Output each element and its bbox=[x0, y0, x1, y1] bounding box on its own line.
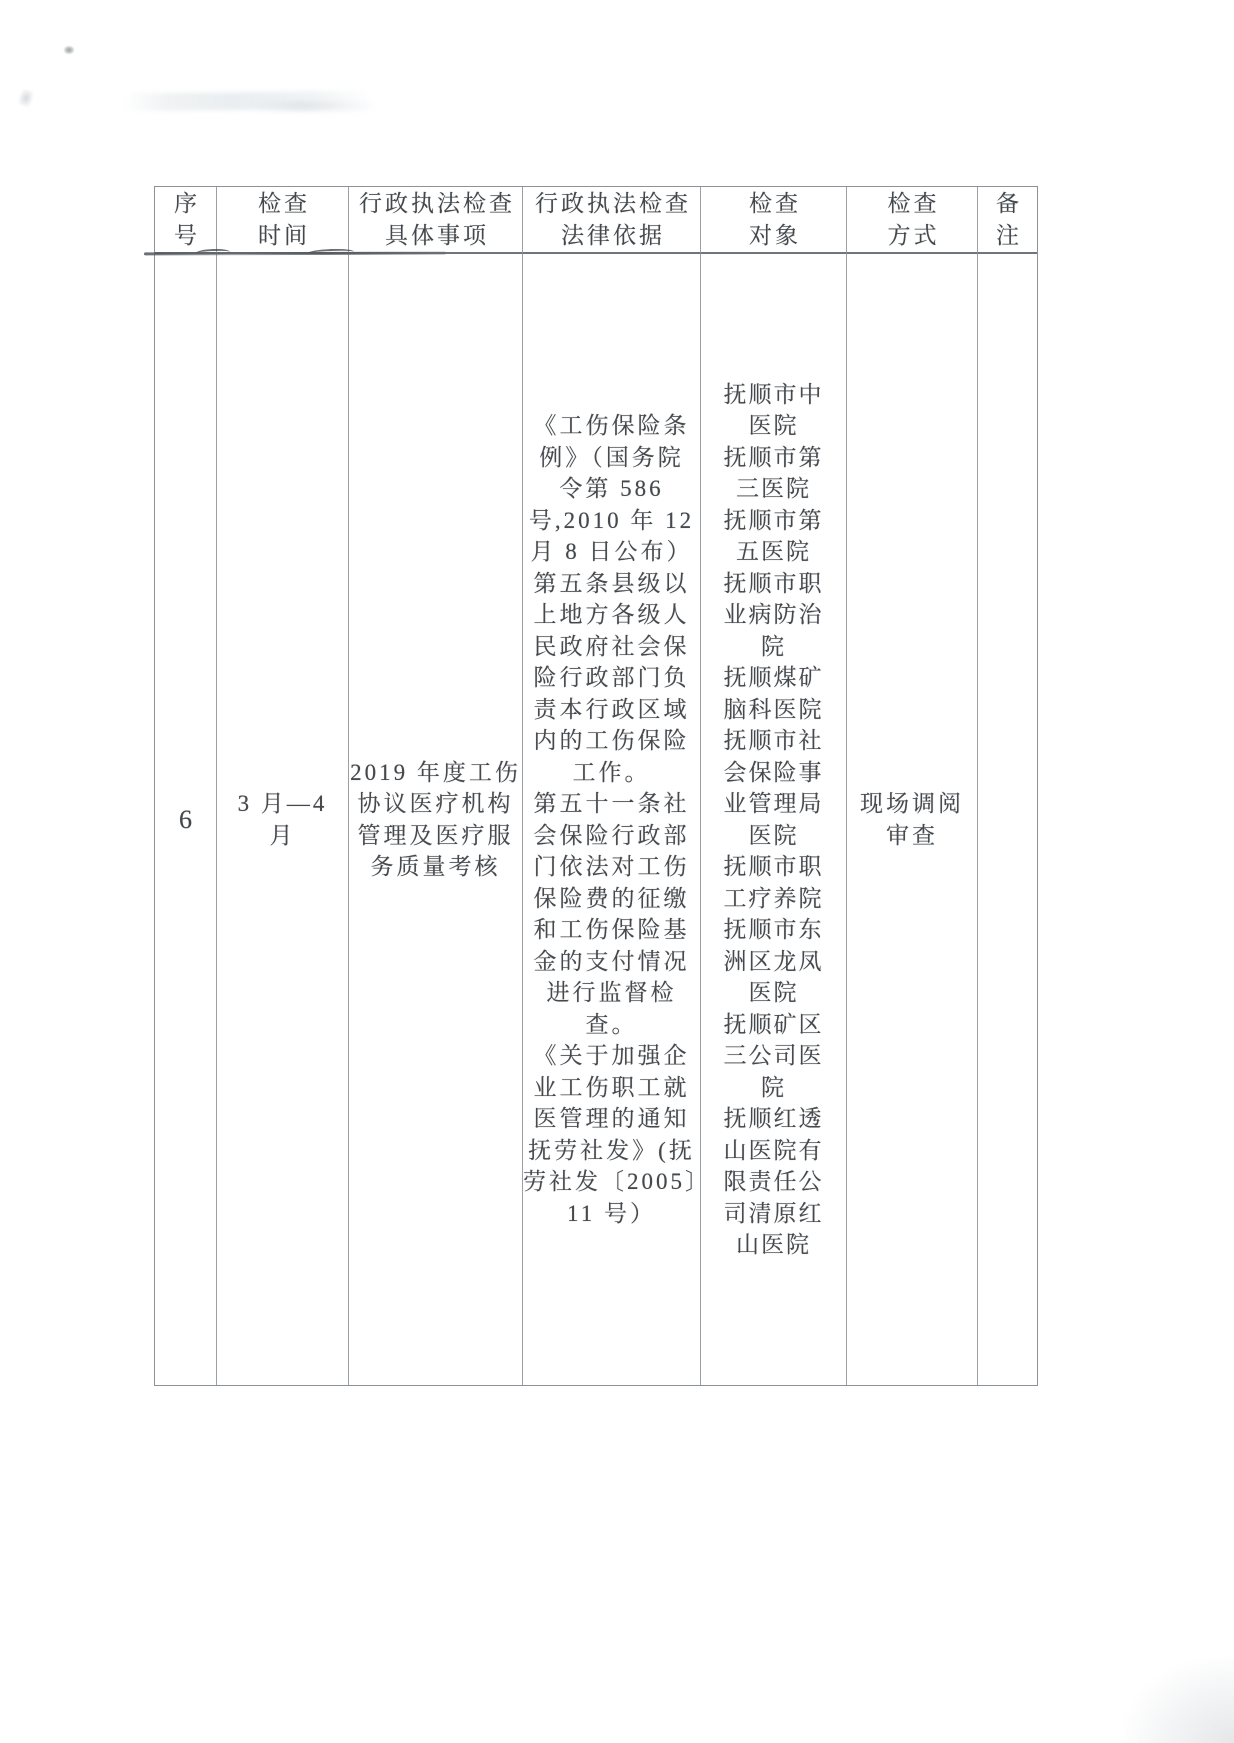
scanned-document-page: { "colors": { "paper": "#ffffff", "ink":… bbox=[0, 0, 1234, 1743]
legal-basis-line: 月 8 日公布） bbox=[531, 536, 693, 568]
header-line: 备 bbox=[993, 188, 1022, 220]
item-line: 管理及医疗服 bbox=[358, 820, 514, 852]
legal-basis-line: 号,2010 年 12 bbox=[529, 505, 694, 537]
hospital-name: 抚顺市第三医院 bbox=[722, 442, 826, 505]
hospital-name: 抚顺矿区三公司医院 bbox=[722, 1009, 826, 1104]
cell-inspection-time: 3 月—4月 bbox=[217, 254, 349, 1385]
legal-basis-line: 令第 586 bbox=[559, 473, 663, 505]
legal-basis-line: 门依法对工伤 bbox=[534, 851, 690, 883]
scan-smudge-dot bbox=[64, 46, 74, 54]
column-header-target: 检查对象 bbox=[701, 187, 847, 254]
cell-legal-basis: 《工伤保险条例》（国务院令第 586号,2010 年 12月 8 日公布）第五条… bbox=[523, 254, 701, 1385]
time-line: 月 bbox=[270, 820, 296, 852]
legal-basis-line: 金的支付情况 bbox=[534, 946, 690, 978]
legal-basis-line: 进行监督检 bbox=[547, 977, 677, 1009]
legal-basis-line: 11 号） bbox=[567, 1198, 656, 1230]
cell-inspection-targets: 抚顺市中医院抚顺市第三医院抚顺市第五医院抚顺市职业病防治院抚顺煤矿脑科医院抚顺市… bbox=[701, 254, 847, 1385]
legal-basis-line: 内的工伤保险 bbox=[534, 725, 690, 757]
header-line: 检查 bbox=[885, 188, 940, 220]
legal-basis-line: 抚劳社发》(抚 bbox=[528, 1135, 695, 1167]
hospital-name: 抚顺红透山医院有限责任公司清原红山医院 bbox=[722, 1103, 826, 1261]
legal-basis-line: 第五十一条社 bbox=[534, 788, 690, 820]
legal-basis-line: 会保险行政部 bbox=[534, 820, 690, 852]
hospital-name: 抚顺煤矿脑科医院 bbox=[722, 662, 826, 725]
legal-basis-line: 第五条县级以 bbox=[534, 568, 690, 600]
hospital-name: 抚顺市第五医院 bbox=[722, 505, 826, 568]
legal-basis-line: 医管理的通知 bbox=[534, 1103, 690, 1135]
cell-inspection-method: 现场调阅审查 bbox=[847, 254, 978, 1385]
legal-basis-line: 《关于加强企 bbox=[534, 1040, 690, 1072]
scan-corner-shadow bbox=[1124, 1658, 1234, 1743]
header-line: 行政执法检查 bbox=[532, 188, 691, 220]
time-line: 3 月—4 bbox=[238, 788, 328, 820]
header-line: 号 bbox=[171, 220, 200, 252]
scan-smudge-streak-2 bbox=[250, 101, 380, 112]
hospital-name: 抚顺市社会保险事业管理局医院 bbox=[722, 725, 826, 851]
header-line: 检查 bbox=[255, 188, 310, 220]
header-line: 法律依据 bbox=[558, 220, 665, 252]
header-line: 注 bbox=[993, 220, 1022, 252]
cell-note bbox=[978, 254, 1037, 1385]
column-header-legal-basis: 行政执法检查法律依据 bbox=[523, 187, 701, 254]
column-header-seq: 序号 bbox=[155, 187, 217, 254]
item-line: 2019 年度工伤 bbox=[350, 757, 521, 789]
method-line: 现场调阅 bbox=[860, 788, 964, 820]
legal-basis-line: 保险费的征缴 bbox=[534, 883, 690, 915]
legal-basis-line: 业工伤职工就 bbox=[534, 1072, 690, 1104]
item-line: 务质量考核 bbox=[371, 851, 501, 883]
header-line: 时间 bbox=[255, 220, 310, 252]
hospital-name: 抚顺市中医院 bbox=[722, 379, 826, 442]
cell-seq-number: 6 bbox=[155, 254, 217, 1385]
column-header-item: 行政执法检查具体事项 bbox=[349, 187, 523, 254]
legal-basis-line: 险行政部门负 bbox=[534, 662, 690, 694]
legal-basis-line: 和工伤保险基 bbox=[534, 914, 690, 946]
header-line: 方式 bbox=[885, 220, 940, 252]
legal-basis-line: 例》（国务院 bbox=[539, 442, 684, 474]
scan-smudge-mark bbox=[18, 89, 34, 108]
legal-basis-line: 民政府社会保 bbox=[534, 631, 690, 663]
column-header-method: 检查方式 bbox=[847, 187, 978, 254]
inspection-schedule-table: 序号 检查时间 行政执法检查具体事项 行政执法检查法律依据 检查对象 检查方式 … bbox=[154, 186, 1038, 1386]
scan-smudge-streak bbox=[123, 91, 373, 112]
legal-basis-line: 劳社发〔2005〕 bbox=[523, 1166, 700, 1198]
header-line: 具体事项 bbox=[382, 220, 489, 252]
header-line: 序 bbox=[171, 188, 200, 220]
method-line: 审查 bbox=[886, 820, 938, 852]
hospital-name: 抚顺市职业病防治院 bbox=[722, 568, 826, 663]
seq-number: 6 bbox=[179, 805, 192, 835]
header-line: 行政执法检查 bbox=[356, 188, 515, 220]
column-header-time: 检查时间 bbox=[217, 187, 349, 254]
legal-basis-line: 工作。 bbox=[573, 757, 651, 789]
legal-basis-line: 上地方各级人 bbox=[534, 599, 690, 631]
legal-basis-line: 《工伤保险条 bbox=[534, 410, 690, 442]
item-line: 协议医疗机构 bbox=[358, 788, 514, 820]
cell-inspection-item: 2019 年度工伤协议医疗机构管理及医疗服务质量考核 bbox=[349, 254, 523, 1385]
hospital-name: 抚顺市东洲区龙凤医院 bbox=[722, 914, 826, 1009]
hospital-name: 抚顺市职工疗养院 bbox=[722, 851, 826, 914]
header-line: 对象 bbox=[746, 220, 801, 252]
column-header-note: 备注 bbox=[978, 187, 1037, 254]
legal-basis-line: 责本行政区域 bbox=[534, 694, 690, 726]
header-line: 检查 bbox=[746, 188, 801, 220]
legal-basis-line: 查。 bbox=[586, 1009, 638, 1041]
